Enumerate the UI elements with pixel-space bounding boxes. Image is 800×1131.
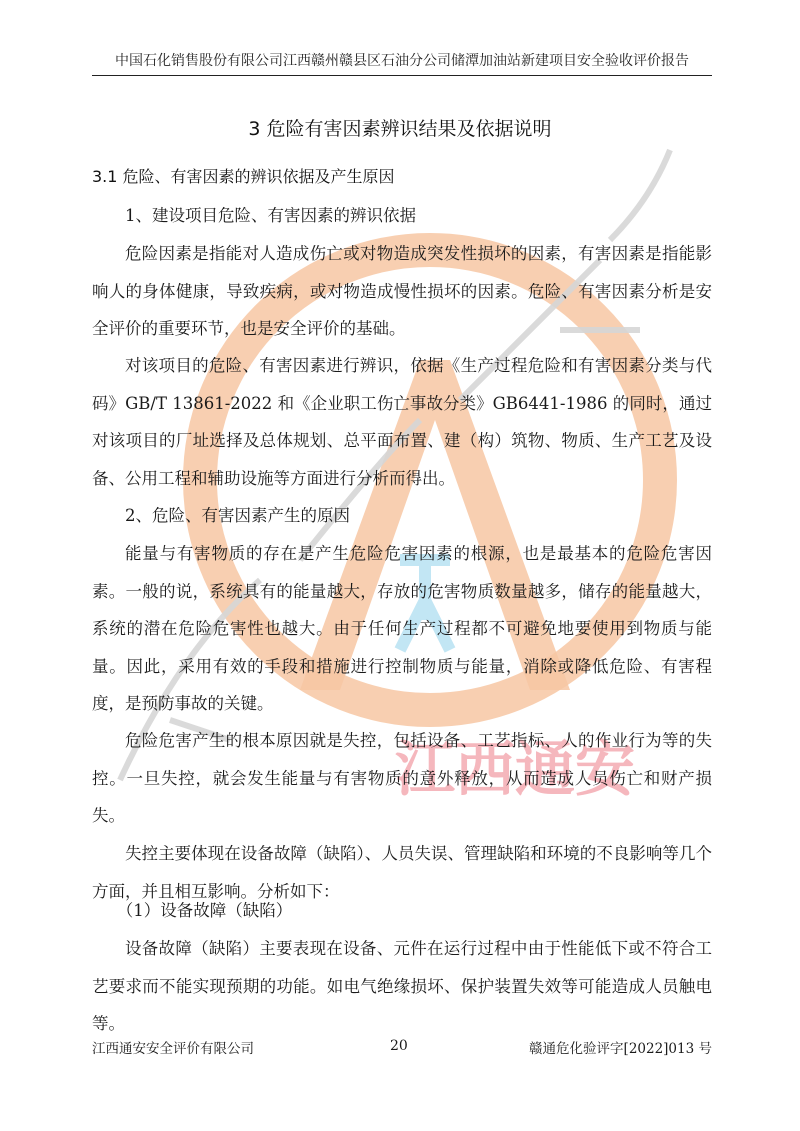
document-page: 江西通安 中国石化销售股份有限公司江西赣州赣县区石油分公司储潭加油站新建项目安全… [0, 0, 800, 1131]
footer-doc-number: 赣通危化验评字[2022]013 号 [529, 1037, 712, 1057]
subheading-2: 2、危险、有害因素产生的原因 [92, 497, 712, 535]
running-header: 中国石化销售股份有限公司江西赣州赣县区石油分公司储潭加油站新建项目安全验收评价报… [92, 50, 712, 70]
subheading-3: （1）设备故障（缺陷） [92, 892, 712, 930]
footer-company: 江西通安安全评价有限公司 [92, 1037, 254, 1057]
section-title: 3.1 危险、有害因素的辨识依据及产生原因 [92, 164, 395, 187]
paragraph-4: 危险危害产生的根本原因就是失控，包括设备、工艺指标、人的作业行为等的失控。一旦失… [92, 722, 712, 835]
header-divider [92, 75, 712, 76]
paragraph-3: 能量与有害物质的存在是产生危险危害因素的根源，也是最基本的危险危害因素。一般的说… [92, 535, 712, 723]
paragraph-1: 危险因素是指能对人造成伤亡或对物造成突发性损坏的因素，有害因素是指能影响人的身体… [92, 235, 712, 348]
paragraph-2: 对该项目的危险、有害因素进行辨识，依据《生产过程危险和有害因素分类与代码》GB/… [92, 347, 712, 497]
page-number: 20 [390, 1038, 408, 1054]
chapter-title: 3 危险有害因素辨识结果及依据说明 [0, 114, 800, 141]
paragraph-6: 设备故障（缺陷）主要表现在设备、元件在运行过程中由于性能低下或不符合工艺要求而不… [92, 930, 712, 1043]
subheading-1: 1、建设项目危险、有害因素的辨识依据 [92, 197, 712, 235]
